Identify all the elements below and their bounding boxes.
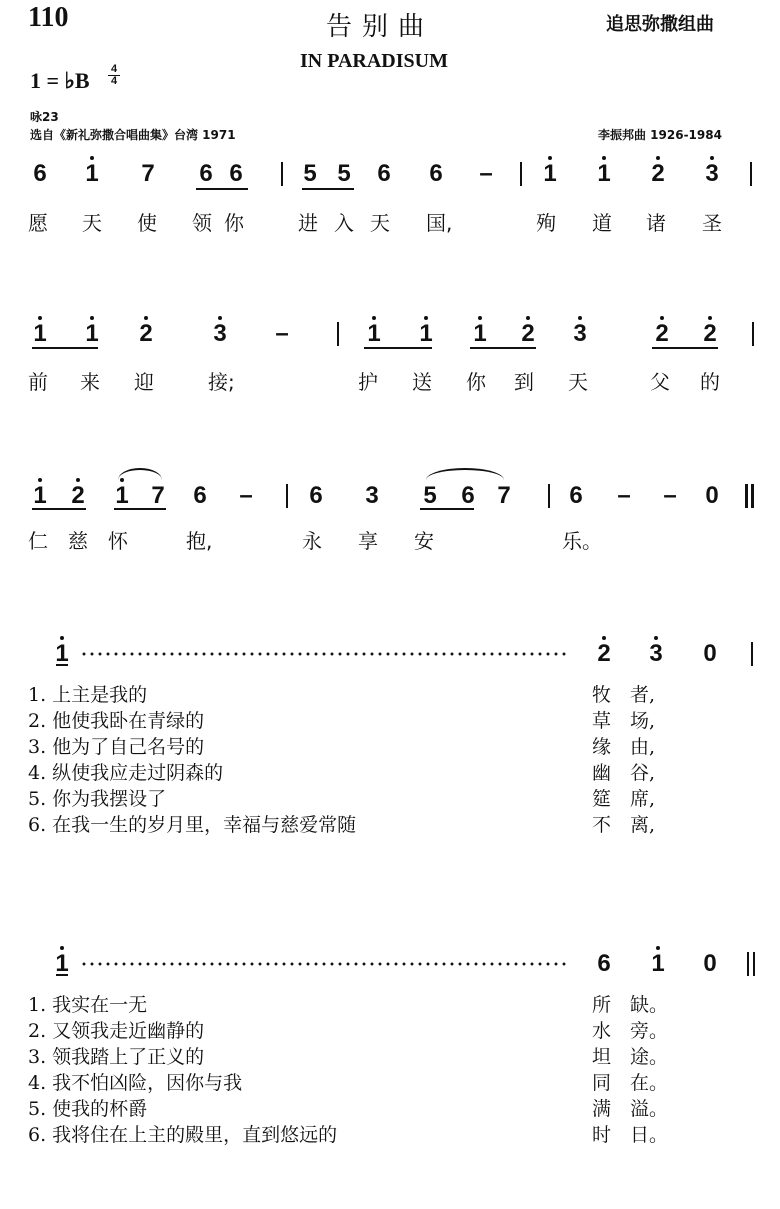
- note: 3: [644, 640, 668, 668]
- note: 6: [304, 482, 328, 510]
- composer-credit: 李振邦曲 1926-1984: [598, 126, 722, 143]
- note: 6: [564, 482, 588, 510]
- verse-4: 4. 纵使我应走过阴森的: [28, 760, 223, 786]
- note: 3: [360, 482, 384, 510]
- lyric: 进: [298, 207, 318, 236]
- underline-beam: [420, 508, 474, 510]
- note-rest: 0: [700, 482, 724, 510]
- lyric: 接;: [208, 366, 235, 395]
- note: 3: [700, 160, 724, 188]
- verse-4-end: 幽 谷,: [592, 760, 655, 786]
- note: 6: [28, 160, 52, 188]
- underline-beam: [196, 188, 248, 190]
- underline-beam: [32, 508, 86, 510]
- verse-2: 2. 又领我走近幽静的: [28, 1018, 204, 1044]
- note-dash: –: [270, 320, 294, 348]
- barline: [286, 484, 288, 508]
- final-barline: [751, 484, 754, 508]
- lyric: 的: [700, 366, 720, 395]
- time-sig-bottom: 4: [108, 75, 120, 87]
- hymn-reference: 咏23: [30, 108, 59, 125]
- note: 1: [28, 320, 52, 348]
- underline-beam: [56, 664, 68, 666]
- verse-5-end: 筵 席,: [592, 786, 655, 812]
- barline: [548, 484, 550, 508]
- underline-beam: [652, 347, 718, 349]
- note: 2: [646, 160, 670, 188]
- lyric: 慈: [68, 525, 88, 554]
- note: 5: [418, 482, 442, 510]
- note: 3: [208, 320, 232, 348]
- lyric: 抱,: [186, 525, 212, 554]
- note: 3: [568, 320, 592, 348]
- verse-6-end: 不 离,: [592, 812, 655, 838]
- verse-5: 5. 你为我摆设了: [28, 786, 166, 812]
- lyric: 安: [414, 525, 434, 554]
- note: 1: [414, 320, 438, 348]
- lyric: 殉: [536, 207, 556, 236]
- title-latin: IN PARADISUM: [300, 50, 448, 73]
- verse-2-end: 草 场,: [592, 708, 655, 734]
- note: 1: [80, 320, 104, 348]
- note: 1: [28, 482, 52, 510]
- lyric: 永: [302, 525, 322, 554]
- verse-4: 4. 我不怕凶险，因你与我: [28, 1070, 242, 1096]
- note: 7: [146, 482, 170, 510]
- verse-1-end: 所 缺。: [592, 992, 668, 1018]
- verse-5: 5. 使我的杯爵: [28, 1096, 147, 1122]
- note: 1: [110, 482, 134, 510]
- lyric: 天: [568, 366, 588, 395]
- recitation-dots: [80, 652, 566, 656]
- note: 7: [492, 482, 516, 510]
- final-barline: [745, 484, 748, 508]
- barline: [281, 162, 283, 186]
- lyric: 道: [592, 207, 612, 236]
- page-title: 告别曲: [326, 6, 434, 43]
- note: 6: [194, 160, 218, 188]
- verse-1-end: 牧 者,: [592, 682, 655, 708]
- note-dash: –: [612, 482, 636, 510]
- final-barline: [753, 952, 755, 976]
- underline-beam: [302, 188, 354, 190]
- verse-6: 6. 在我一生的岁月里，幸福与慈爱常随: [28, 812, 356, 838]
- verse-6: 6. 我将住在上主的殿里，直到悠远的: [28, 1122, 337, 1148]
- page-number: 110: [28, 2, 68, 34]
- source-credit: 选自《新礼弥撒合唱曲集》台湾 1971: [30, 126, 236, 143]
- note-dash: –: [234, 482, 258, 510]
- note: 2: [66, 482, 90, 510]
- slur: [426, 468, 504, 480]
- verse-1: 1. 我实在一无: [28, 992, 147, 1018]
- time-sig-top: 4: [108, 64, 120, 75]
- final-barline: [747, 952, 749, 976]
- note-dash: –: [474, 160, 498, 188]
- note: 6: [224, 160, 248, 188]
- lyric: 愿: [28, 207, 48, 236]
- lyric: 送: [412, 366, 432, 395]
- lyric: 父: [650, 366, 670, 395]
- lyric: 领: [192, 207, 212, 236]
- lyric: 天: [82, 207, 102, 236]
- note: 1: [80, 160, 104, 188]
- lyric: 来: [80, 366, 100, 395]
- lyric: 入: [334, 207, 354, 236]
- underline-beam: [364, 347, 432, 349]
- underline-beam: [56, 974, 68, 976]
- lyric: 享: [358, 525, 378, 554]
- note: 1: [468, 320, 492, 348]
- suite-name: 追思弥撒组曲: [606, 10, 714, 36]
- barline: [750, 162, 752, 186]
- lyric: 诸: [646, 207, 666, 236]
- note: 6: [592, 950, 616, 978]
- note: 1: [646, 950, 670, 978]
- lyric: 乐。: [562, 525, 602, 554]
- lyric: 你: [224, 207, 244, 236]
- lyric: 天: [370, 207, 390, 236]
- verse-6-end: 时 日。: [592, 1122, 668, 1148]
- verse-4-end: 同 在。: [592, 1070, 668, 1096]
- underline-beam: [114, 508, 166, 510]
- key-signature: 1 = ♭B: [30, 68, 90, 94]
- lyric: 圣: [702, 207, 722, 236]
- barline: [752, 322, 754, 346]
- note: 2: [592, 640, 616, 668]
- note: 7: [136, 160, 160, 188]
- note: 2: [650, 320, 674, 348]
- barline: [520, 162, 522, 186]
- lyric: 迎: [134, 366, 154, 395]
- verse-3: 3. 领我踏上了正义的: [28, 1044, 204, 1070]
- underline-beam: [470, 347, 536, 349]
- underline-beam: [32, 347, 98, 349]
- lyric: 护: [358, 366, 378, 395]
- note-rest: 0: [698, 950, 722, 978]
- note: 5: [298, 160, 322, 188]
- lyric: 仁: [28, 525, 48, 554]
- verse-2: 2. 他使我卧在青绿的: [28, 708, 204, 734]
- recitation-dots: [80, 962, 566, 966]
- verse-3-end: 坦 途。: [592, 1044, 668, 1070]
- lyric: 到: [514, 366, 534, 395]
- note: 2: [698, 320, 722, 348]
- note: 6: [456, 482, 480, 510]
- note-rest: 0: [698, 640, 722, 668]
- barline: [337, 322, 339, 346]
- note: 6: [372, 160, 396, 188]
- lyric: 你: [466, 366, 486, 395]
- verse-2-end: 水 旁。: [592, 1018, 668, 1044]
- slur: [118, 468, 162, 480]
- note: 6: [424, 160, 448, 188]
- lyric: 前: [28, 366, 48, 395]
- note: 2: [516, 320, 540, 348]
- lyric: 使: [137, 207, 157, 236]
- note: 1: [592, 160, 616, 188]
- verse-3-end: 缘 由,: [592, 734, 655, 760]
- lyric: 国,: [426, 207, 452, 236]
- lyric: 怀: [108, 525, 128, 554]
- note: 2: [134, 320, 158, 348]
- time-signature: 4 4: [108, 64, 120, 87]
- note: 5: [332, 160, 356, 188]
- verse-3: 3. 他为了自己名号的: [28, 734, 204, 760]
- note: 1: [362, 320, 386, 348]
- note: 6: [188, 482, 212, 510]
- note-dash: –: [658, 482, 682, 510]
- note: 1: [538, 160, 562, 188]
- verse-5-end: 满 溢。: [592, 1096, 668, 1122]
- barline: [751, 642, 753, 666]
- verse-1: 1. 上主是我的: [28, 682, 147, 708]
